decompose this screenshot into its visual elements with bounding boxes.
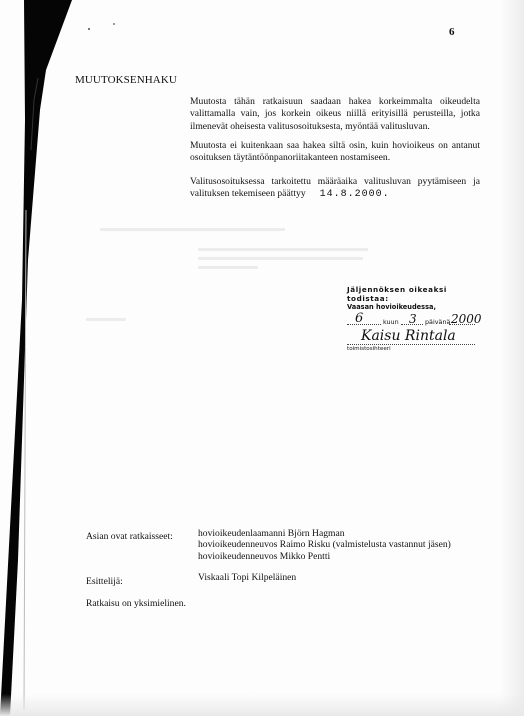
paragraph-exception: Muutosta ei kuitenkaan saa hakea siltä o…: [190, 140, 480, 165]
presenter-label: Esittelijä:: [86, 576, 123, 587]
scan-speck: [88, 28, 90, 30]
page-number: 6: [449, 26, 455, 38]
handwritten-year: 2000: [451, 312, 482, 326]
member-item: hovioikeudenneuvos Mikko Pentti: [198, 551, 451, 562]
member-item: hovioikeudenlaamanni Björn Hagman: [198, 528, 451, 539]
presenter-value: Viskaali Topi Kilpeläinen: [198, 572, 296, 583]
paragraph-deadline: Valitusosoituksessa tarkoitettu määräaik…: [190, 176, 480, 202]
certifier-role: toimistosihteeri: [347, 346, 477, 352]
bleed-through-line: [100, 228, 285, 231]
bleed-through-line: [198, 266, 258, 269]
certification-date-line: 6 kuun 3 päivänä 2000: [347, 311, 477, 328]
member-item: hovioikeudenneuvos Raimo Risku (valmiste…: [198, 539, 451, 550]
decision-makers-label: Asian ovat ratkaisseet:: [86, 531, 173, 542]
scan-speck: [113, 23, 115, 25]
bleed-through-line: [198, 248, 368, 251]
unanimity-statement: Ratkaisu on yksimielinen.: [86, 598, 186, 609]
month-label: kuun: [383, 318, 399, 326]
certification-court: Vaasan hovioikeudessa,: [347, 303, 477, 311]
bleed-through-line: [86, 318, 126, 321]
handwritten-signature: Kaisu Rintala: [361, 328, 456, 344]
signature-line: Kaisu Rintala: [347, 328, 477, 346]
certification-stamp: Jäljennöksen oikeaksi todistaa: Vaasan h…: [347, 285, 477, 352]
section-title: MUUTOKSENHAKU: [75, 74, 177, 86]
certification-title: Jäljennöksen oikeaksi todistaa:: [347, 285, 477, 303]
scan-bottom-shade: [0, 694, 524, 716]
scan-right-shade: [500, 0, 524, 716]
decision-makers-list: hovioikeudenlaamanni Björn Hagman hovioi…: [198, 528, 451, 562]
handwritten-month: 3: [409, 312, 417, 326]
paragraph-appeal: Muutosta tähän ratkaisuun saadaan hakea …: [190, 96, 480, 133]
document-page: 6 MUUTOKSENHAKU Muutosta tähän ratkaisuu…: [0, 0, 524, 716]
handwritten-day: 6: [355, 311, 363, 326]
bleed-through-line: [198, 257, 363, 260]
day-label: päivänä: [425, 318, 450, 326]
deadline-date: 14.8.2000.: [320, 189, 390, 200]
scan-edge-shadow: [0, 0, 90, 716]
